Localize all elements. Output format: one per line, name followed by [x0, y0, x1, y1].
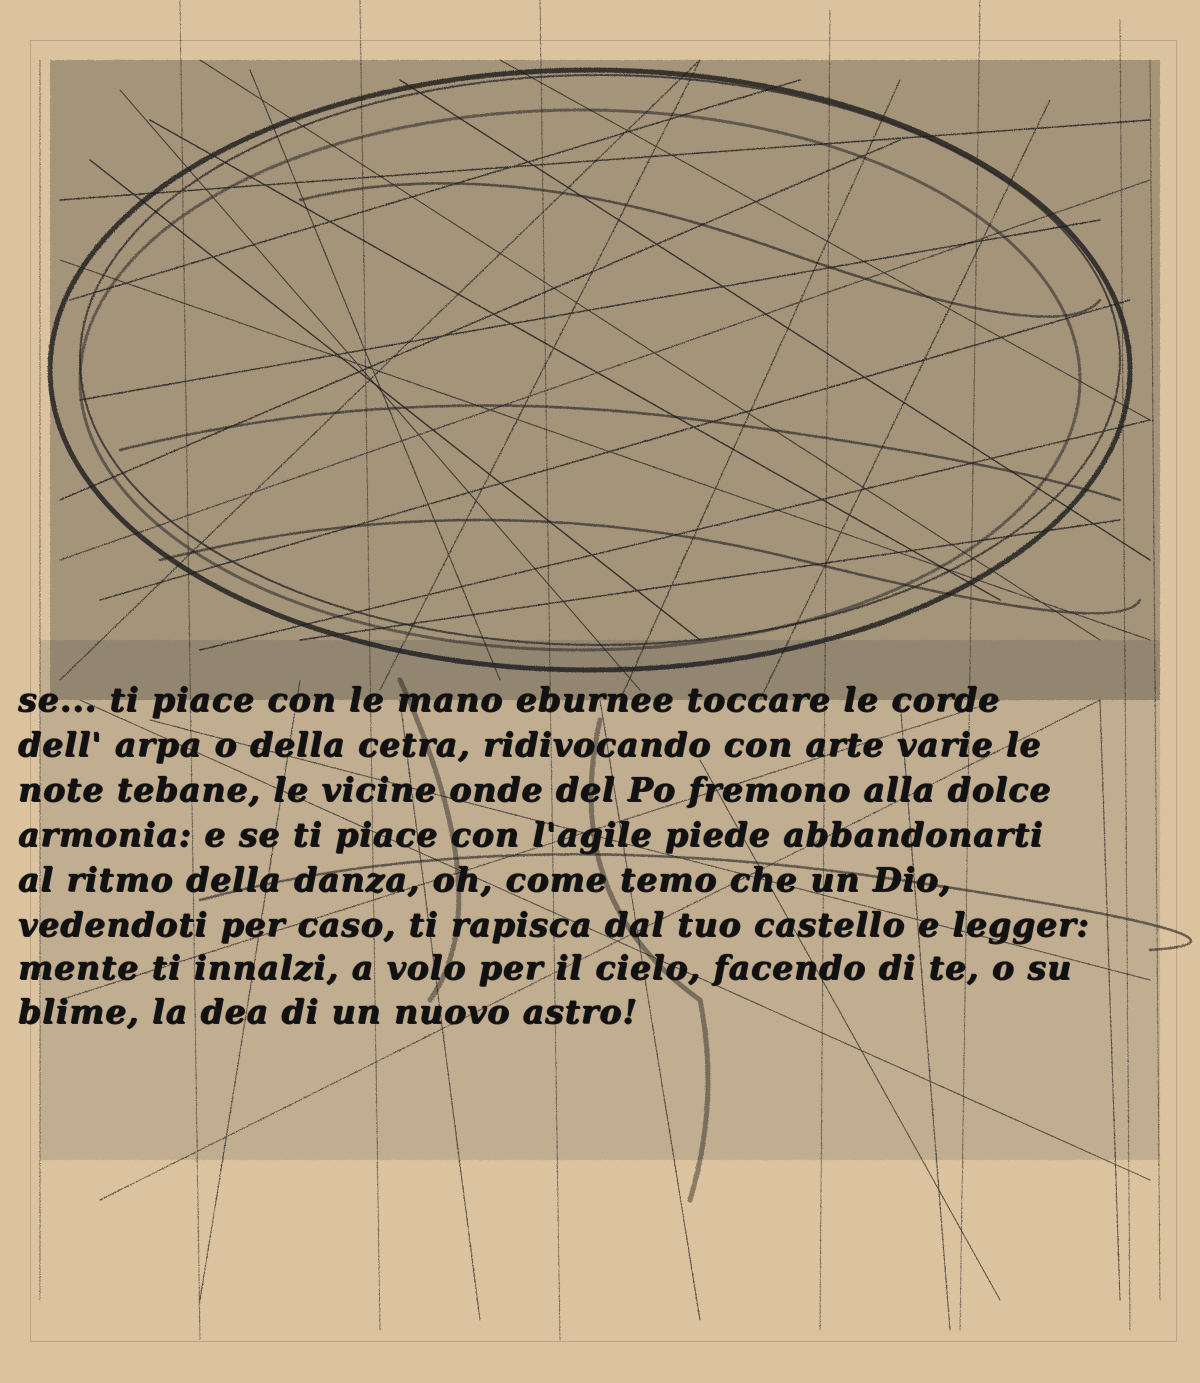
- inscription-line-6: vedendoti per caso, ti rapisca dal tuo c…: [18, 905, 1090, 944]
- inscription-line-1: se... ti piace con le mano eburnee tocca…: [18, 680, 1000, 719]
- inscription-line-4: armonia: e se ti piace con l'agile piede…: [18, 815, 1044, 854]
- inscription-line-2: dell' arpa o della cetra, ridivocando co…: [18, 725, 1041, 764]
- inscription-line-8: blime, la dea di un nuovo astro!: [18, 992, 638, 1031]
- inscription-line-5: al ritmo della danza, oh, come temo che …: [18, 860, 951, 899]
- inscription-line-7: mente ti innalzi, a volo per il cielo, f…: [18, 948, 1072, 987]
- inscription-line-3: note tebane, le vicine onde del Po fremo…: [18, 770, 1051, 809]
